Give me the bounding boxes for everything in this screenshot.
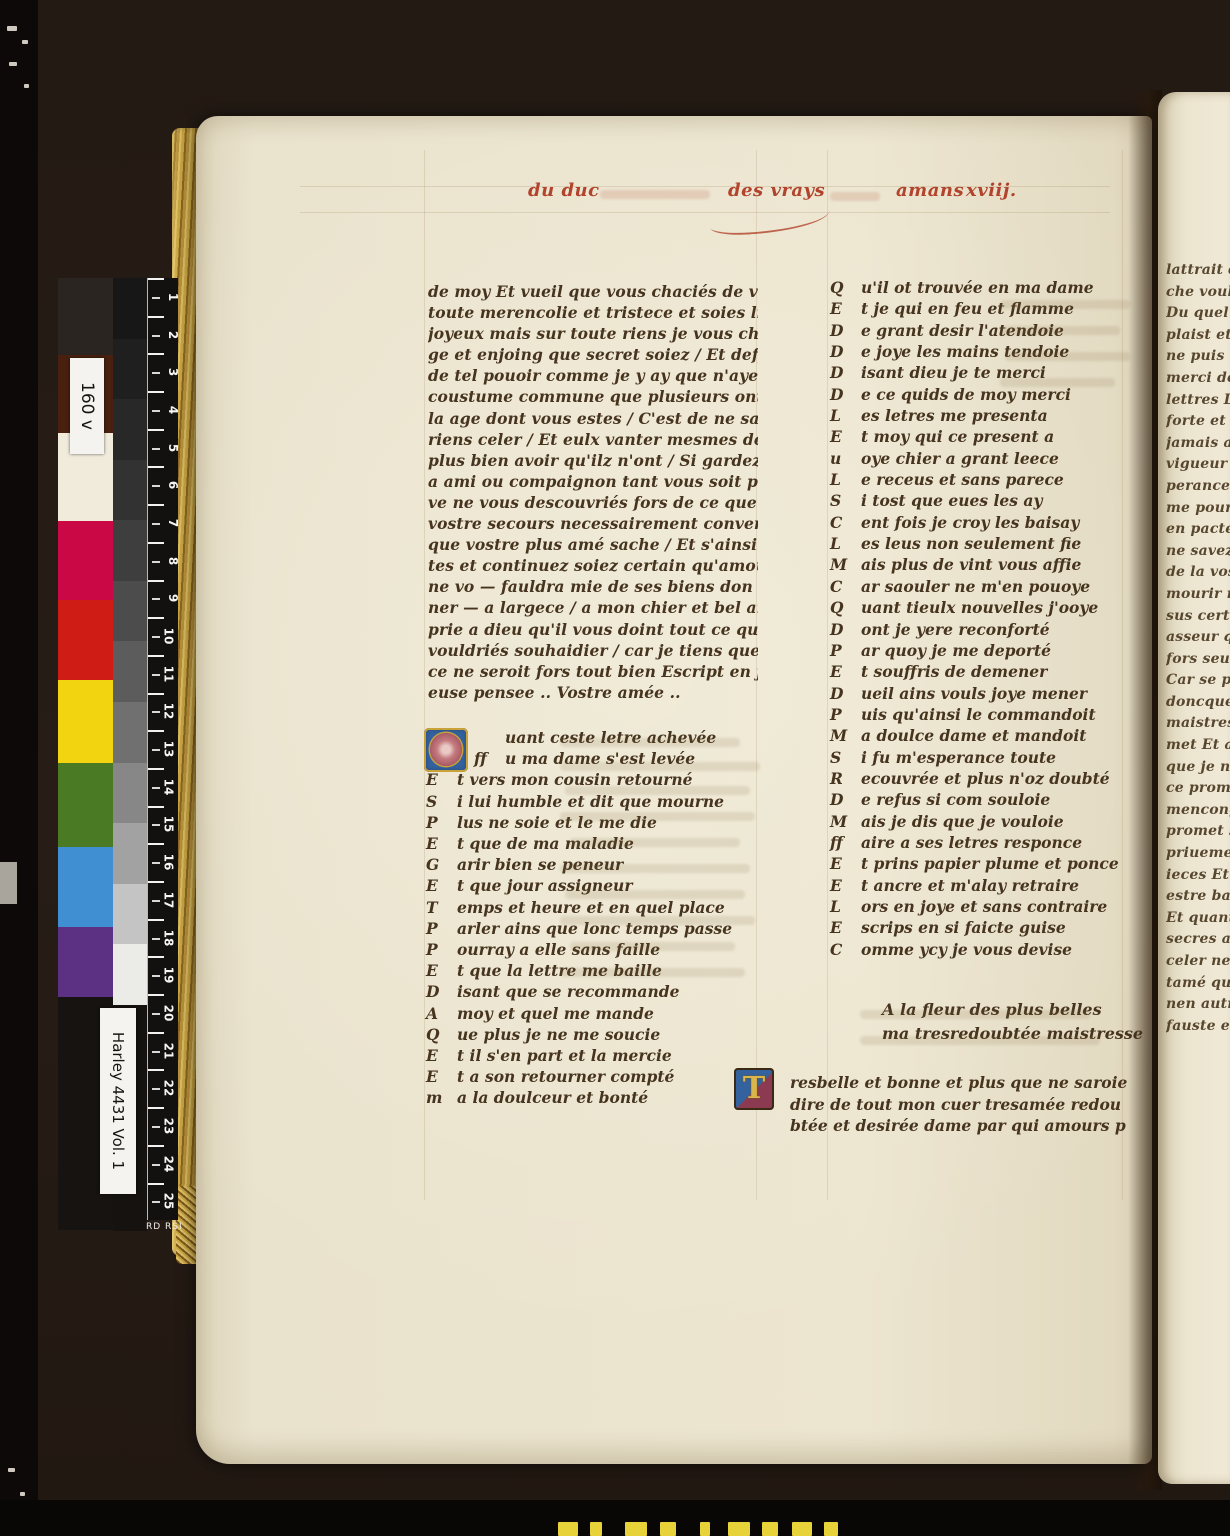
text-line: btée et desirée dame par qui amours p: [790, 1115, 1180, 1137]
verse-line: Et il s'en part et la mercie: [426, 1045, 756, 1066]
facing-page-line: met Et a d: [1166, 735, 1230, 757]
verse-line: Puis qu'ainsi le commandoit: [830, 704, 1160, 725]
ruler-unit: 16: [148, 843, 178, 881]
text-line: vostre secours necessairement convendra: [428, 513, 758, 534]
bleedthrough-mark: [600, 190, 710, 199]
facing-page-line: che voulenté: [1166, 282, 1230, 304]
facing-page-line: que je ne f: [1166, 757, 1230, 779]
gray-step: [113, 823, 147, 884]
verse-line: uoye chier a grant leece: [830, 448, 1160, 469]
ruling-line: [300, 212, 1110, 213]
folio-label: 160 v: [70, 358, 104, 454]
ruler-unit: 14: [148, 768, 178, 806]
facing-page-line: ne puis et n: [1166, 346, 1230, 368]
text-line: dire de tout mon cuer tresamée redou: [790, 1094, 1180, 1116]
verse-line: Amoy et quel me mande: [426, 1003, 756, 1024]
facing-page-line: nen autre: [1166, 994, 1230, 1016]
ruler-unit: 7: [148, 504, 178, 542]
facing-page-line: celer ne pou: [1166, 951, 1230, 973]
facing-page-line: estre bany: [1166, 886, 1230, 908]
ruler-unit: 8: [148, 542, 178, 580]
text-line: plus bien avoir qu'ilz n'ont / Si gardez…: [428, 450, 758, 471]
verse-line: Le receus et sans parece: [830, 469, 1160, 490]
facing-page-line: ce promett: [1166, 778, 1230, 800]
bleedthrough-mark: [830, 192, 880, 201]
bleedthrough-mark: [565, 786, 750, 795]
facing-page-line: mourir nem: [1166, 584, 1230, 606]
illuminated-initial-t: T: [734, 1068, 774, 1110]
text-line: a ami ou compaignon tant vous soit pri: [428, 471, 758, 492]
film-mark: [22, 40, 28, 44]
ruler-unit: 3: [148, 353, 178, 391]
text-line: tes et continuez soiez certain qu'amours: [428, 555, 758, 576]
verse-line: Si fu m'esperance toute: [830, 747, 1160, 768]
facing-page-line: merci de vo: [1166, 368, 1230, 390]
text-line: ce ne seroit fors tout bien Escript en j…: [428, 661, 758, 682]
ruler-unit: 2: [148, 316, 178, 354]
film-strip-edge: [0, 0, 38, 1536]
verse-line: Par quoy je me deporté: [830, 640, 1160, 661]
facing-page-line: fauste et s: [1166, 1016, 1230, 1038]
verse-line: Disant que se recommande: [426, 981, 756, 1002]
ruler-unit: 1: [148, 278, 178, 316]
bleedthrough-mark: [560, 864, 750, 873]
clipped-letter-mark: [792, 1522, 812, 1536]
facing-page-line: me pour re: [1166, 498, 1230, 520]
illuminated-initial-q: [424, 728, 468, 772]
color-swatch: [58, 763, 113, 847]
text-line: riens celer / Et eulx vanter mesmes de: [428, 429, 758, 450]
facing-page-line: mencongn: [1166, 800, 1230, 822]
ruler-unit: 9: [148, 580, 178, 618]
ruler-unit: 17: [148, 881, 178, 919]
bleedthrough-mark: [860, 1010, 1090, 1019]
verse-line: Dont je yere reconforté: [830, 619, 1160, 640]
bleedthrough-mark: [1005, 352, 1130, 361]
running-title-seg3: amans: [896, 180, 964, 201]
facing-page-line: asseur que: [1166, 627, 1230, 649]
ruler-unit: 6: [148, 466, 178, 504]
facing-page-line: maistresse: [1166, 713, 1230, 735]
verse-line: Qu'il ot trouvée en ma dame: [830, 277, 1160, 298]
facing-page-line: lettres Les q: [1166, 390, 1230, 412]
ruler-unit: 5: [148, 429, 178, 467]
ruler-footer-label: RD RSI: [146, 1222, 206, 1232]
running-title-seg1: du duc: [528, 180, 600, 201]
color-swatch: [58, 680, 113, 763]
verse-line: Si tost que eues les ay: [830, 490, 1160, 511]
facing-page-line: jamais a v: [1166, 433, 1230, 455]
ruler-unit: 22: [148, 1069, 178, 1107]
ruler-unit: 20: [148, 994, 178, 1032]
bleedthrough-mark: [860, 1036, 1100, 1045]
bleedthrough-mark: [1000, 378, 1115, 387]
verse-line: Et souffris de demener: [830, 661, 1160, 682]
bleedthrough-mark: [560, 762, 760, 771]
verse-line: Les leus non seulement fie: [830, 533, 1160, 554]
verse-line: Car saouler ne m'en pouoye: [830, 576, 1160, 597]
facing-page-line: ieces Et o: [1166, 865, 1230, 887]
verse-line: Ma doulce dame et mandoit: [830, 725, 1160, 746]
ruling-line: [827, 150, 828, 1200]
ruler-unit: 21: [148, 1032, 178, 1070]
facing-page-line: secres a con: [1166, 929, 1230, 951]
facing-page-line: en pactes v: [1166, 519, 1230, 541]
ruling-line: [424, 150, 425, 1200]
film-mark: [8, 1468, 15, 1472]
bleedthrough-mark: [560, 968, 745, 977]
film-mark: [20, 1492, 25, 1496]
bleedthrough-mark: [560, 812, 755, 821]
film-mark: [24, 84, 29, 88]
verse-line: Dueil ains vouls joye mener: [830, 683, 1160, 704]
clipped-letter-mark: [824, 1522, 838, 1536]
film-tab: [0, 862, 17, 904]
clipped-letter-mark: [660, 1522, 676, 1536]
gray-step: [113, 399, 147, 460]
ruler-unit: 13: [148, 730, 178, 768]
ruler-unit: 12: [148, 693, 178, 731]
facing-page-line: priuemen: [1166, 843, 1230, 865]
bleedthrough-mark: [570, 942, 735, 951]
ruler-unit: 25: [148, 1183, 178, 1221]
ruler-unit: 10: [148, 617, 178, 655]
color-swatch: [58, 278, 113, 355]
verse-line: Mais plus de vint vous affie: [830, 554, 1160, 575]
clipped-letter-mark: [728, 1522, 750, 1536]
text-line: de moy Et vueil que vous chaciés de vous: [428, 281, 758, 302]
verse-line: Temps et heure et en quel place: [426, 897, 756, 918]
color-swatch: [58, 521, 113, 600]
verse-line: Et a son retourner compté: [426, 1066, 756, 1087]
facing-page-line: Et quant a: [1166, 908, 1230, 930]
gray-step: [113, 460, 147, 521]
ruler-unit: 11: [148, 655, 178, 693]
closing-prose: T resbelle et bonne et plus que ne saroi…: [790, 1072, 1180, 1137]
facing-page-line: perance et: [1166, 476, 1230, 498]
clipped-letter-mark: [590, 1522, 602, 1536]
text-line: la age dont vous estes / C'est de ne sav…: [428, 408, 758, 429]
verse-line: Les letres me presenta: [830, 405, 1160, 426]
manuscript-photo: lattrait de voche voulentéDu quel soplai…: [0, 0, 1230, 1536]
color-swatch: [58, 847, 113, 927]
bleedthrough-mark: [1000, 300, 1130, 309]
bleedthrough-mark: [1000, 326, 1120, 335]
verse-line: Cent fois je croy les baisay: [830, 512, 1160, 533]
verse-line: De refus si com souloie: [830, 789, 1160, 810]
bleedthrough-mark: [570, 838, 740, 847]
text-line: resbelle et bonne et plus que ne saroie: [790, 1072, 1180, 1094]
facing-page-line: lattrait de vo: [1166, 260, 1230, 282]
facing-page-line: plaist et vue: [1166, 325, 1230, 347]
ruler-unit: 4: [148, 391, 178, 429]
film-mark: [7, 26, 17, 31]
text-line: joyeux mais sur toute riens je vous char: [428, 323, 758, 344]
gray-step: [113, 278, 147, 339]
shelfmark-label: Harley 4431 Vol. 1: [100, 1008, 136, 1194]
facing-page-line: fors seulem: [1166, 649, 1230, 671]
left-column-prose: de moy Et vueil que vous chaciés de vous…: [428, 281, 758, 703]
text-line: prie a dieu qu'il vous doint tout ce que: [428, 619, 758, 640]
text-line: toute merencolie et tristece et soies li…: [428, 302, 758, 323]
gray-step: [113, 520, 147, 581]
verse-line: Recouvrée et plus n'oz doubté: [830, 768, 1160, 789]
bleedthrough-mark: [560, 916, 755, 925]
verse-line: Quant tieulx nouvelles j'ooye: [830, 597, 1160, 618]
verse-line: ma la doulceur et bonté: [426, 1087, 756, 1108]
text-line: ge et enjoing que secret soiez / Et deff…: [428, 344, 758, 365]
verse-line: Et prins papier plume et ponce: [830, 853, 1160, 874]
facing-page-line: tamé que s: [1166, 973, 1230, 995]
facing-page-line: promet se: [1166, 821, 1230, 843]
facing-page-line: Car se plu: [1166, 670, 1230, 692]
ruler-unit: 24: [148, 1145, 178, 1183]
facing-page-line: vigueur et f: [1166, 454, 1230, 476]
clipped-letter-mark: [700, 1522, 710, 1536]
gray-step: [113, 884, 147, 945]
frame-strip: [0, 1500, 1230, 1536]
verse-line: Escrips en si faicte guise: [830, 917, 1160, 938]
verse-line: Comme ycy je vous devise: [830, 939, 1160, 960]
clipped-letter-mark: [625, 1522, 647, 1536]
text-line: euse pensee .. Vostre amée ..: [428, 682, 758, 703]
text-line: coustume commune que plusieurs ont de: [428, 386, 758, 407]
running-title-seg2: des vrays: [728, 180, 825, 201]
text-line: ne vo — fauldra mie de ses biens don: [428, 576, 758, 597]
ruler: 1234567891011121314151617181920212223242…: [147, 278, 178, 1220]
gray-step: [113, 641, 147, 702]
facing-page-line: sus certain: [1166, 606, 1230, 628]
ruler-unit: 18: [148, 919, 178, 957]
ruler-unit: 23: [148, 1107, 178, 1145]
running-title-seg4: xviij.: [966, 180, 1017, 201]
facing-page-line: de la vostre: [1166, 562, 1230, 584]
verse-line: Lors en joye et sans contraire: [830, 896, 1160, 917]
verse-line: Mais je dis que je vouloie: [830, 811, 1160, 832]
clipped-letter-mark: [558, 1522, 578, 1536]
text-line: vouldriés souhaidier / car je tiens que: [428, 640, 758, 661]
color-swatch: [58, 927, 113, 997]
text-line: que vostre plus amé sache / Et s'ainsi l…: [428, 534, 758, 555]
facing-page-line: ne savez le: [1166, 541, 1230, 563]
verse-line: Et moy qui ce present a: [830, 426, 1160, 447]
verse-line: Que plus je ne me soucie: [426, 1024, 756, 1045]
facing-page-text: lattrait de voche voulentéDu quel soplai…: [1166, 260, 1230, 1037]
facing-page-line: doncques n: [1166, 692, 1230, 714]
gray-step: [113, 702, 147, 763]
facing-page-line: Du quel so: [1166, 303, 1230, 325]
facing-page-line: forte et pres: [1166, 411, 1230, 433]
gray-step: [113, 339, 147, 400]
clipped-letter-mark: [762, 1522, 778, 1536]
facing-page-sliver: lattrait de voche voulentéDu quel soplai…: [1158, 92, 1230, 1484]
gray-step: [113, 763, 147, 824]
verse-line: ffaire a ses letres responce: [830, 832, 1160, 853]
bleedthrough-mark: [565, 890, 745, 899]
gray-step: [113, 944, 147, 1005]
text-line: ve ne vous descouvriés fors de ce que po: [428, 492, 758, 513]
ruler-unit: 15: [148, 806, 178, 844]
grayscale-strip: [113, 278, 147, 1005]
bleedthrough-mark: [560, 738, 740, 747]
text-line: de tel pouoir comme je y ay que n'ayes l…: [428, 365, 758, 386]
film-mark: [9, 62, 17, 66]
text-line: ner — a largece / a mon chier et bel ami…: [428, 597, 758, 618]
color-swatch: [58, 600, 113, 680]
verse-line: Et ancre et m'alay retraire: [830, 875, 1160, 896]
ruler-unit: 19: [148, 956, 178, 994]
gray-step: [113, 581, 147, 642]
